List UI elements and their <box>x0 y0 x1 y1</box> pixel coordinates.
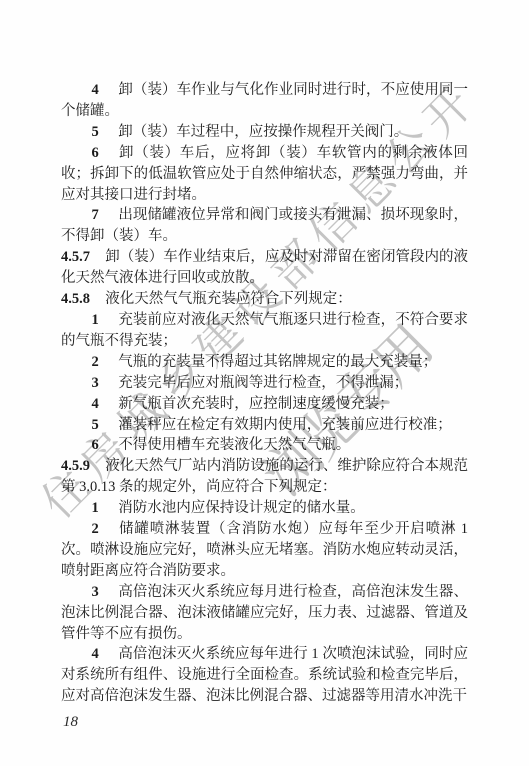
paragraph-number: 4 <box>91 396 98 412</box>
paragraph-text: 卸（装）车作业结束后，应及时对滞留在密闭管段内的液化天然气液体进行回收或放散。 <box>61 249 468 286</box>
paragraph-number: 1 <box>91 312 98 328</box>
paragraph-text: 卸（装）车作业与气化作业同时进行时，不应使用同一个储罐。 <box>61 82 468 119</box>
clause-paragraph: 4.5.7卸（装）车作业结束后，应及时对滞留在密闭管段内的液化天然气液体进行回收… <box>61 247 468 289</box>
page-number: 18 <box>63 714 78 731</box>
clause-paragraph: 4.5.9液化天然气厂站内消防设施的运行、维护除应符合本规范第 3.0.13 条… <box>61 456 468 498</box>
paragraph-text: 卸（装）车后，应将卸（装）车软管内的剩余液体回收；拆卸下的低温软管应处于自然伸缩… <box>61 145 468 203</box>
document-body: 4卸（装）车作业与气化作业同时进行时，不应使用同一个储罐。5卸（装）车过程中，应… <box>61 80 468 707</box>
paragraph-text: 液化天然气厂站内消防设施的运行、维护除应符合本规范第 3.0.13 条的规定外，… <box>61 458 468 495</box>
list-item-paragraph: 5卸（装）车过程中，应按操作规程开关阀门。 <box>61 122 468 143</box>
paragraph-number: 6 <box>91 145 98 161</box>
paragraph-number: 2 <box>91 354 98 370</box>
paragraph-text: 气瓶的充装量不得超过其铭牌规定的最大充装量； <box>118 354 437 370</box>
paragraph-text: 高倍泡沫灭火系统应每月进行检查，高倍泡沫发生器、泡沫比例混合器、泡沫液储罐应完好… <box>61 584 468 642</box>
paragraph-number: 4.5.7 <box>61 249 90 265</box>
paragraph-number: 6 <box>91 437 98 453</box>
paragraph-text: 灌装秤应在检定有效期内使用，充装前应进行校准； <box>118 417 452 433</box>
paragraph-number: 4 <box>91 646 98 662</box>
paragraph-number: 2 <box>91 521 98 537</box>
paragraph-number: 1 <box>91 500 98 516</box>
paragraph-text: 充装前应对液化天然气气瓶逐只进行检查，不符合要求的气瓶不得充装； <box>61 312 468 349</box>
paragraph-number: 4 <box>91 82 98 98</box>
paragraph-text: 不得使用槽车充装液化天然气气瓶。 <box>118 437 350 453</box>
list-item-paragraph: 2储罐喷淋装置（含消防水炮）应每年至少开启喷淋 1 次。喷淋设施应完好，喷淋头应… <box>61 519 468 582</box>
list-item-paragraph: 1充装前应对液化天然气气瓶逐只进行检查，不符合要求的气瓶不得充装； <box>61 310 468 352</box>
paragraph-text: 储罐喷淋装置（含消防水炮）应每年至少开启喷淋 1 次。喷淋设施应完好，喷淋头应无… <box>61 521 468 579</box>
paragraph-text: 新气瓶首次充装时，应控制速度缓慢充装； <box>118 396 394 412</box>
paragraph-text: 卸（装）车过程中，应按操作规程开关阀门。 <box>118 124 408 140</box>
list-item-paragraph: 2气瓶的充装量不得超过其铭牌规定的最大充装量； <box>61 352 468 373</box>
list-item-paragraph: 4新气瓶首次充装时，应控制速度缓慢充装； <box>61 394 468 415</box>
list-item-paragraph: 4卸（装）车作业与气化作业同时进行时，不应使用同一个储罐。 <box>61 80 468 122</box>
paragraph-text: 高倍泡沫灭火系统应每年进行 1 次喷泡沫试验，同时应对系统所有组件、设施进行全面… <box>61 646 468 704</box>
paragraph-number: 3 <box>91 584 98 600</box>
list-item-paragraph: 6不得使用槽车充装液化天然气气瓶。 <box>61 435 468 456</box>
paragraph-text: 出现储罐液位异常和阀门或接头有泄漏、损坏现象时，不得卸（装）车。 <box>61 207 468 244</box>
paragraph-number: 5 <box>91 417 98 433</box>
list-item-paragraph: 3高倍泡沫灭火系统应每月进行检查，高倍泡沫发生器、泡沫比例混合器、泡沫液储罐应完… <box>61 582 468 645</box>
paragraph-text: 消防水池内应保持设计规定的储水量。 <box>118 500 365 516</box>
list-item-paragraph: 3充装完毕后应对瓶阀等进行检查，不得泄漏； <box>61 373 468 394</box>
list-item-paragraph: 5灌装秤应在检定有效期内使用，充装前应进行校准； <box>61 415 468 436</box>
paragraph-number: 3 <box>91 375 98 391</box>
paragraph-number: 4.5.9 <box>61 458 90 474</box>
clause-paragraph: 4.5.8液化天然气气瓶充装应符合下列规定： <box>61 289 468 310</box>
list-item-paragraph: 6卸（装）车后，应将卸（装）车软管内的剩余液体回收；拆卸下的低温软管应处于自然伸… <box>61 143 468 206</box>
paragraph-text: 液化天然气气瓶充装应符合下列规定： <box>105 291 352 307</box>
paragraph-number: 5 <box>91 124 98 140</box>
list-item-paragraph: 7出现储罐液位异常和阀门或接头有泄漏、损坏现象时，不得卸（装）车。 <box>61 205 468 247</box>
paragraph-text: 充装完毕后应对瓶阀等进行检查，不得泄漏； <box>118 375 408 391</box>
list-item-paragraph: 4高倍泡沫灭火系统应每年进行 1 次喷泡沫试验，同时应对系统所有组件、设施进行全… <box>61 644 468 707</box>
paragraph-number: 7 <box>91 207 98 223</box>
list-item-paragraph: 1消防水池内应保持设计规定的储水量。 <box>61 498 468 519</box>
paragraph-number: 4.5.8 <box>61 291 90 307</box>
document-page: 住房城乡建设部信息公开 浏览专用 4卸（装）车作业与气化作业同时进行时，不应使用… <box>0 0 529 766</box>
